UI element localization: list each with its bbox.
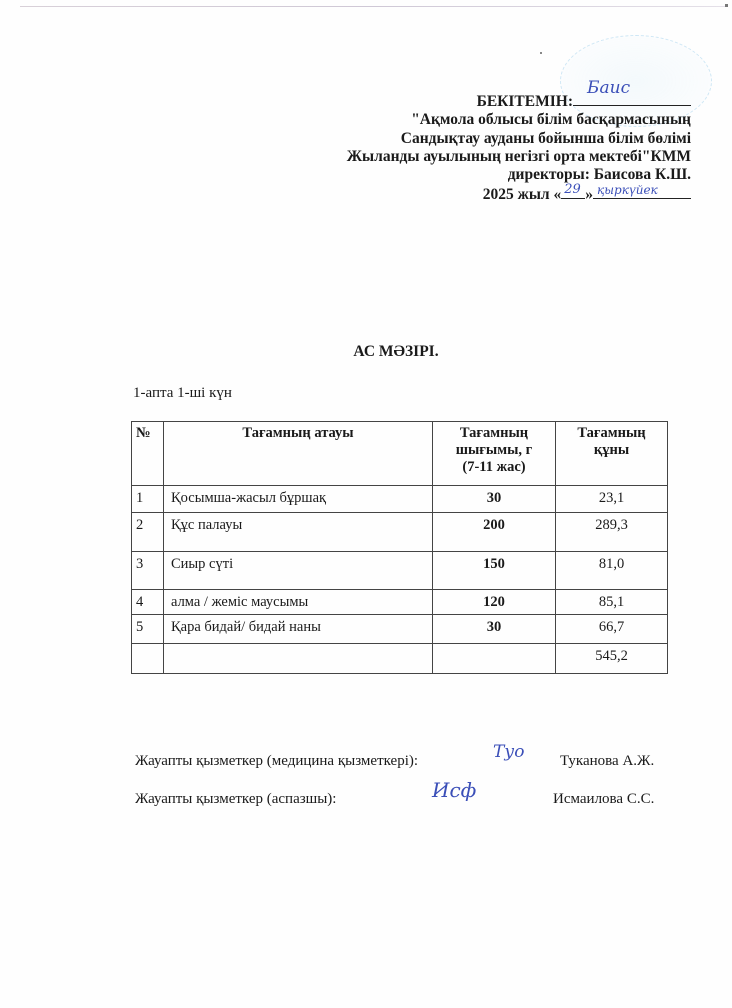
table-header-row: № Тағамның атауы Тағамның шығымы, г (7-1… (132, 422, 668, 486)
date-day-field: 29 (561, 184, 585, 199)
header-price-line1: Тағамның (556, 425, 667, 442)
approval-block: БЕКІТЕМІН:Баис "Ақмола облысы білім басқ… (347, 91, 691, 205)
header-name: Тағамның атауы (164, 422, 433, 486)
scan-dot (540, 52, 542, 54)
row-price: 23,1 (556, 486, 668, 513)
header-price-line2: құны (556, 442, 667, 459)
header-qty-line3: (7-11 жас) (433, 459, 555, 476)
menu-table: № Тағамның атауы Тағамның шығымы, г (7-1… (131, 421, 668, 674)
approval-date: 2025 жыл «29»қыркүйек (347, 184, 691, 204)
signature-row-cook: Жауапты қызметкер (аспазшы): (135, 791, 336, 808)
date-day: 29 (564, 181, 581, 199)
row-name: Қара бидай/ бидай наны (164, 615, 433, 644)
scan-corner-mark (725, 4, 728, 7)
total-qty (433, 644, 556, 674)
row-qty: 150 (433, 552, 556, 590)
header-num: № (132, 422, 164, 486)
scan-edge-line (20, 6, 726, 7)
row-price: 66,7 (556, 615, 668, 644)
org-line-2: Сандықтау ауданы бойынша білім бөлімі (347, 130, 691, 148)
org-line-1: "Ақмола облысы білім басқармасының (347, 111, 691, 129)
row-name: Құс палауы (164, 513, 433, 552)
row-qty: 30 (433, 615, 556, 644)
table-row: 5 Қара бидай/ бидай наны 30 66,7 (132, 615, 668, 644)
row-name: Қосымша-жасыл бұршақ (164, 486, 433, 513)
signatory-name: Туканова А.Ж. (560, 753, 654, 770)
header-qty-line2: шығымы, г (433, 442, 555, 459)
table-row: 3 Сиыр сүті 150 81,0 (132, 552, 668, 590)
header-qty-line1: Тағамның (433, 425, 555, 442)
table-row: 1 Қосымша-жасыл бұршақ 30 23,1 (132, 486, 668, 513)
row-price: 85,1 (556, 590, 668, 615)
org-line-3: Жыланды ауылының негізгі орта мектебі"КМ… (347, 148, 691, 166)
document-title: АС МӘЗІРІ. (0, 343, 732, 361)
row-num: 4 (132, 590, 164, 615)
total-price: 545,2 (556, 644, 668, 674)
header-qty: Тағамның шығымы, г (7-11 жас) (433, 422, 556, 486)
date-month-field: қыркүйек (593, 184, 691, 199)
row-num: 2 (132, 513, 164, 552)
medical-signature: Туо (493, 742, 524, 762)
date-prefix: 2025 жыл « (483, 186, 562, 203)
row-name: Сиыр сүті (164, 552, 433, 590)
document-subtitle: 1-апта 1-ші күн (133, 385, 232, 402)
total-num (132, 644, 164, 674)
approval-heading-line: БЕКІТЕМІН:Баис (347, 91, 691, 111)
row-num: 1 (132, 486, 164, 513)
header-price: Тағамның құны (556, 422, 668, 486)
date-month: қыркүйек (597, 181, 658, 199)
signature-row-medical: Жауапты қызметкер (медицина қызметкері): (135, 753, 418, 770)
row-num: 3 (132, 552, 164, 590)
signature-role: Жауапты қызметкер (аспазшы): (135, 791, 336, 807)
cook-signature: Исф (432, 778, 476, 802)
row-qty: 120 (433, 590, 556, 615)
row-qty: 200 (433, 513, 556, 552)
table-total-row: 545,2 (132, 644, 668, 674)
row-num: 5 (132, 615, 164, 644)
approval-heading: БЕКІТЕМІН: (477, 93, 573, 110)
director-signature: Баис (587, 79, 630, 97)
total-name (164, 644, 433, 674)
table-row: 4 алма / жеміс маусымы 120 85,1 (132, 590, 668, 615)
row-name: алма / жеміс маусымы (164, 590, 433, 615)
row-qty: 30 (433, 486, 556, 513)
row-price: 81,0 (556, 552, 668, 590)
signature-role: Жауапты қызметкер (медицина қызметкері): (135, 753, 418, 769)
table-row: 2 Құс палауы 200 289,3 (132, 513, 668, 552)
signatory-name: Исмаилова С.С. (553, 791, 654, 808)
director-signature-line: Баис (573, 91, 691, 106)
row-price: 289,3 (556, 513, 668, 552)
date-mid: » (585, 186, 593, 203)
